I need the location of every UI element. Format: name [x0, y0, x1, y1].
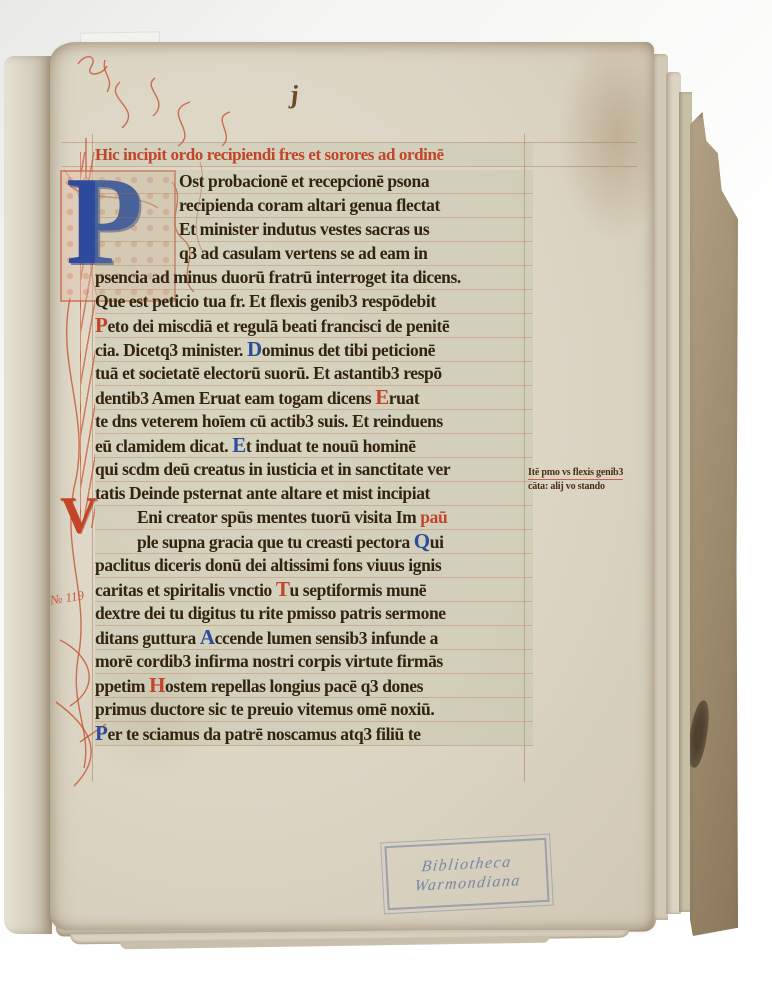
text-segment: Que est peticio tua fr. Et flexis genib3… [95, 291, 436, 311]
text-segment: cia. Dicetq3 minister. [95, 340, 247, 360]
text-segment: dentib3 Amen Eruat eam togam dicens [95, 388, 375, 408]
manuscript-text-line: primus ductore sic te preuio vitemus omē… [95, 698, 533, 722]
text-segment: recipienda coram altari genua flectat [179, 195, 440, 215]
text-segment: tuā et societatē electorū suorū. Et asta… [95, 363, 442, 383]
text-segment: H [149, 673, 165, 697]
margin-note-line2: cāta: alij vo stando [528, 481, 605, 492]
text-segment: Et minister indutus vestes sacras us [179, 219, 429, 239]
manuscript-text-line: dentib3 Amen Eruat eam togam dicens Erua… [95, 386, 533, 410]
text-segment: paū [420, 507, 447, 527]
parchment-stain [520, 42, 654, 372]
manuscript-text-line: eū clamidem dicat. Et induat te nouū hom… [95, 434, 533, 458]
manuscript-text-line: te dns veterem hoīem cū actib3 suis. Et … [95, 410, 533, 434]
rubric-heading: Hic incipit ordo recipiendi fres et soro… [95, 143, 533, 166]
manuscript-text-line: Et minister indutus vestes sacras us [95, 218, 533, 242]
text-segment: T [276, 577, 290, 601]
margin-note: Itē pmo vs flexis genib3 cāta: alij vo s… [528, 466, 658, 493]
text-segment: E [375, 385, 389, 409]
text-segment: ostem repellas longius pacē q3 dones [165, 676, 423, 696]
text-lines: Ost probacionē et recepcionē psonarecipi… [95, 170, 533, 746]
veni-cap-letter: V [60, 487, 98, 544]
text-segment: ppetim [95, 676, 149, 696]
manuscript-text-line: morē cordib3 infirma nostri corpis virtu… [95, 650, 533, 674]
text-segment: eū clamidem dicat. [95, 436, 232, 456]
manuscript-text-line: ditans guttura Accende lumen sensib3 inf… [95, 626, 533, 650]
text-segment: caritas et spiritalis vnctio [95, 580, 276, 600]
photo-backdrop: { "scene": { "background_color": "#f5f5f… [0, 0, 772, 988]
text-segment: tatis Deinde psternat ante altare et mis… [95, 483, 430, 503]
library-stamp: Bibliotheca Warmondiana [384, 838, 549, 910]
text-segment: t induat te nouū hominē [246, 436, 416, 456]
text-segment: dextre dei tu digitus tu rite pmisso pat… [95, 603, 446, 623]
red-initial-V: V [60, 493, 100, 539]
text-segment: primus ductore sic te preuio vitemus omē… [95, 699, 434, 719]
manuscript-text-line: tatis Deinde psternat ante altare et mis… [95, 482, 533, 506]
text-segment: te dns veterem hoīem cū actib3 suis. Et … [95, 411, 443, 431]
text-segment: Ost probacionē et recepcionē psona [179, 171, 429, 191]
text-segment: A [200, 625, 215, 649]
text-segment: qui scdm deū creatus in iusticia et in s… [95, 459, 450, 479]
manuscript-text-line: Que est peticio tua fr. Et flexis genib3… [95, 290, 533, 314]
manuscript-text-line: paclitus diceris donū dei altissimi fons… [95, 554, 533, 578]
manuscript-text-line: q3 ad casulam vertens se ad eam in [95, 242, 533, 266]
text-segment: ditans guttura [95, 628, 200, 648]
text-segment: eto dei miscdiā et regulā beati francisc… [107, 316, 449, 336]
manuscript-text-line: Eni creator spūs mentes tuorū visita Im … [95, 506, 533, 530]
manuscript-text-line: recipienda coram altari genua flectat [95, 194, 533, 218]
manuscript-text-line: cia. Dicetq3 minister. Dominus det tibi … [95, 338, 533, 362]
text-segment: u septiformis munē [289, 580, 426, 600]
manuscript-text-line: psencia ad minus duorū fratrū interroget… [95, 266, 533, 290]
text-segment: P [95, 721, 107, 745]
manuscript-text-line: Peto dei miscdiā et regulā beati francis… [95, 314, 533, 338]
margin-note-line1: Itē pmo vs flexis genib3 [528, 466, 623, 480]
text-segment: er te sciamus da patrē noscamus atq3 fil… [107, 724, 420, 744]
manuscript-text-line: qui scdm deū creatus in iusticia et in s… [95, 458, 533, 482]
damaged-leaf-edge [690, 112, 738, 936]
text-segment: ruat [389, 388, 419, 408]
text-segment: ui [430, 532, 444, 552]
folio-number: j [288, 80, 300, 110]
text-segment: morē cordib3 infirma nostri corpis virtu… [95, 651, 443, 671]
text-segment: ominus det tibi peticionē [262, 340, 435, 360]
manuscript-text-line: ppetim Hostem repellas longius pacē q3 d… [95, 674, 533, 698]
text-segment: psencia ad minus duorū fratrū interroget… [95, 267, 461, 287]
manuscript-text-line: caritas et spiritalis vnctio Tu septifor… [95, 578, 533, 602]
manuscript-text-line: dextre dei tu digitus tu rite pmisso pat… [95, 602, 533, 626]
text-segment: P [95, 313, 107, 337]
manuscript-text-line: tuā et societatē electorū suorū. Et asta… [95, 362, 533, 386]
text-segment: ccende lumen sensib3 infunde a [215, 628, 438, 648]
manuscript-page: j Hic incipit ordo recipiendi fres et so… [50, 42, 654, 930]
manuscript-text-line: Per te sciamus da patrē noscamus atq3 fi… [95, 722, 533, 746]
text-segment: ple supna gracia que tu creasti pectora [137, 532, 414, 552]
manuscript-text-line: ple supna gracia que tu creasti pectora … [95, 530, 533, 554]
text-segment: E [232, 433, 246, 457]
text-segment: Q [414, 529, 430, 553]
ruling-line-horizontal [62, 166, 637, 167]
text-segment: D [247, 337, 262, 361]
text-segment: paclitus diceris donū dei altissimi fons… [95, 555, 441, 575]
text-segment: Eni creator spūs mentes tuorū visita Im [137, 507, 420, 527]
manuscript-text-line: Ost probacionē et recepcionē psona [95, 170, 533, 194]
previous-page-edge [4, 56, 52, 934]
text-segment: q3 ad casulam vertens se ad eam in [179, 243, 427, 263]
